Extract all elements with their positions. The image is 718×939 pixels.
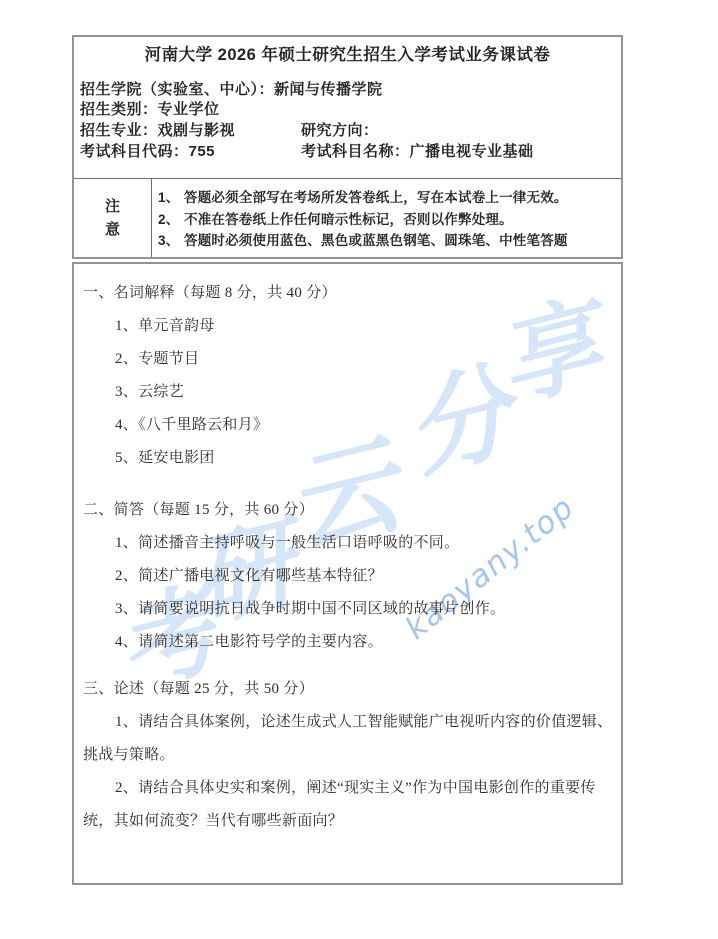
question-line: 1、简述播音主持呼吸与一般生活口语呼吸的不同。	[74, 527, 621, 560]
section-1-heading: 一、名词解释（每题 8 分，共 40 分）	[74, 277, 621, 310]
question-line: 3、云综艺	[74, 376, 621, 409]
notice-item-text: 不准在答卷纸上作任何暗示性标记，否则以作弊处理。	[184, 209, 513, 231]
header-table: 河南大学 2026 年硕士研究生招生入学考试业务课试卷 招生学院（实验室、中心）…	[72, 35, 623, 259]
header-school-line: 招生学院（实验室、中心）：新闻与传播学院	[80, 78, 383, 99]
header-major-direction-line: 招生专业：戏剧与影视 研究方向：	[80, 119, 615, 140]
header-subject-line: 考试科目代码：755 考试科目名称：广播电视专业基础	[80, 140, 615, 161]
notice-item-number: 1、	[158, 187, 184, 209]
question-line: 3、请简要说明抗日战争时期中国不同区域的故事片创作。	[74, 593, 621, 626]
notice-label-char: 意	[105, 218, 120, 241]
question-line: 1、单元音韵母	[74, 310, 621, 343]
notice-label-char: 注	[105, 195, 120, 218]
notice-item-number: 3、	[158, 230, 184, 252]
question-line: 2、简述广播电视文化有哪些基本特征？	[74, 560, 621, 593]
question-line: 5、延安电影团	[74, 442, 621, 475]
notice-item: 3、 答题时必须使用蓝色、黑色或蓝黑色钢笔、圆珠笔、中性笔答题	[158, 230, 617, 252]
notice-item-text: 答题时必须使用蓝色、黑色或蓝黑色钢笔、圆珠笔、中性笔答题	[184, 230, 568, 252]
header-subject-code: 考试科目代码：755	[80, 143, 215, 160]
question-line: 2、专题节目	[74, 343, 621, 376]
header-category-line: 招生类别：专业学位	[80, 98, 220, 119]
question-area: 一、名词解释（每题 8 分，共 40 分） 1、单元音韵母 2、专题节目 3、云…	[72, 262, 623, 885]
exam-paper-page: 考 研 云 分 享 kaoyany.top 河南大学 2026 年硕士研究生招生…	[0, 0, 718, 939]
notice-box: 注 意 1、 答题必须全部写在考场所发答卷纸上，写在本试卷上一律无效。 2、 不…	[74, 178, 621, 257]
notice-item-text: 答题必须全部写在考场所发答卷纸上，写在本试卷上一律无效。	[184, 187, 568, 209]
header-major: 招生专业：戏剧与影视	[80, 122, 235, 139]
notice-item: 1、 答题必须全部写在考场所发答卷纸上，写在本试卷上一律无效。	[158, 187, 617, 209]
section-2-heading: 二、简答（每题 15 分，共 60 分）	[74, 494, 621, 527]
section-3-heading: 三、论述（每题 25 分，共 50 分）	[74, 673, 621, 706]
notice-item: 2、 不准在答卷纸上作任何暗示性标记，否则以作弊处理。	[158, 209, 617, 231]
question-line-continuation: 挑战与策略。	[74, 739, 621, 772]
question-line: 4、《八千里路云和月》	[74, 409, 621, 442]
header-direction: 研究方向：	[301, 119, 379, 140]
question-line: 2、请结合具体史实和案例，阐述“现实主义”作为中国电影创作的重要传	[74, 772, 621, 805]
notice-label: 注 意	[74, 179, 152, 257]
header-subject-name: 考试科目名称：广播电视专业基础	[301, 140, 534, 161]
notice-list: 1、 答题必须全部写在考场所发答卷纸上，写在本试卷上一律无效。 2、 不准在答卷…	[152, 179, 621, 257]
question-line-continuation: 统，其如何流变？当代有哪些新面向？	[74, 805, 621, 838]
page-title: 河南大学 2026 年硕士研究生招生入学考试业务课试卷	[74, 41, 621, 65]
question-line: 1、请结合具体案例，论述生成式人工智能赋能广电视听内容的价值逻辑、	[74, 706, 621, 739]
notice-item-number: 2、	[158, 209, 184, 231]
question-line: 4、请简述第二电影符号学的主要内容。	[74, 626, 621, 659]
